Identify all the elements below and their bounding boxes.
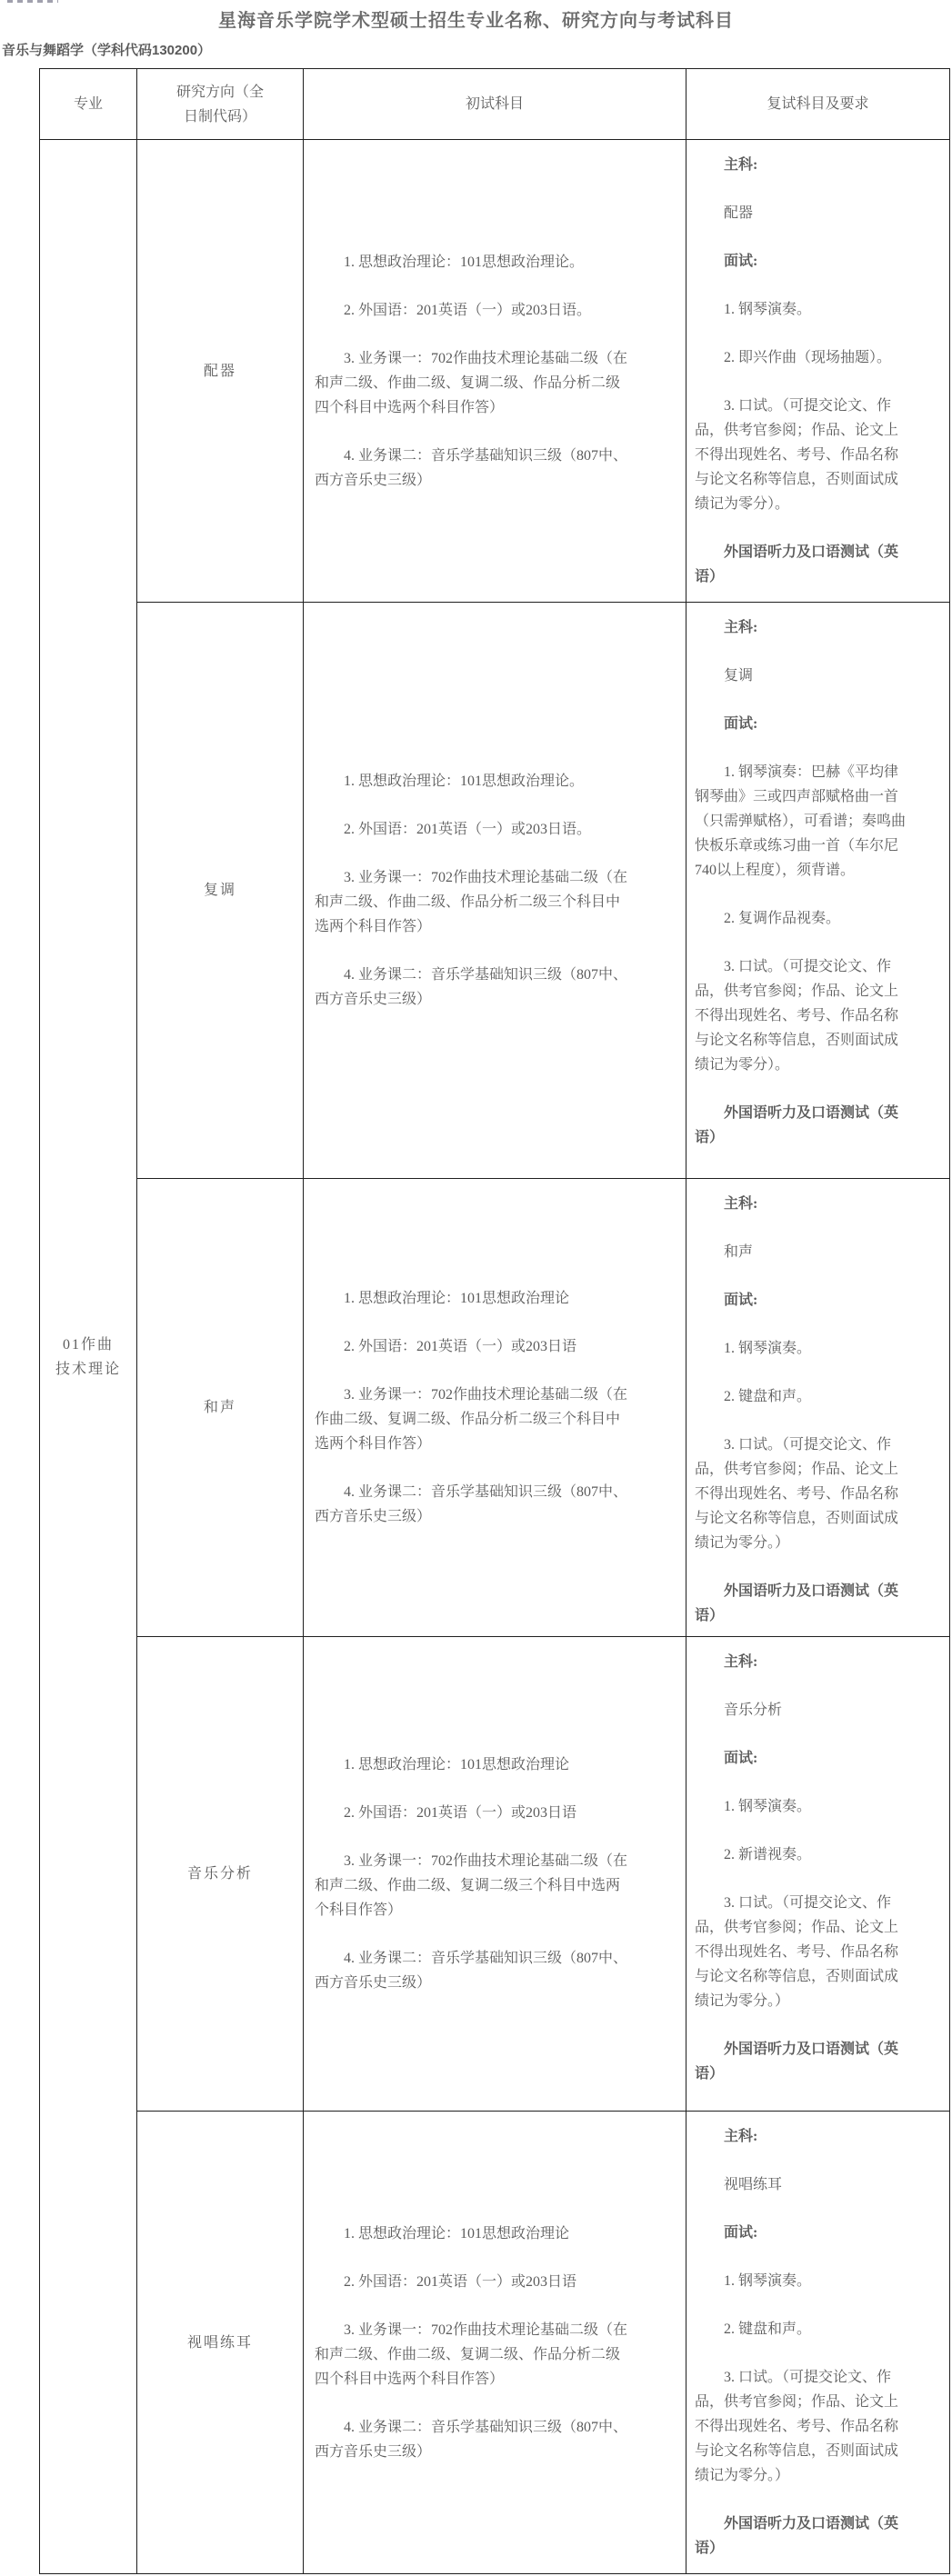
header-initial-subjects: 初试科目 <box>304 69 686 140</box>
initial-item: 3. 业务课一：702作曲技术理论基础二级（在和声二级、作曲二级、作品分析二级三… <box>315 865 634 939</box>
initial-item: 4. 业务课二：音乐学基础知识三级（807中、西方音乐史三级） <box>315 1480 634 1529</box>
retest-item: 外国语听力及口语测试（英语） <box>695 2511 909 2561</box>
retest-item: 复调 <box>695 664 909 688</box>
retest-item: 主科: <box>695 1192 909 1216</box>
retest-item: 2. 新谱视奏。 <box>695 1842 909 1867</box>
direction-cell: 配器 <box>137 140 304 603</box>
table-row: 和声 1. 思想政治理论：101思想政治理论 2. 外国语：201英语（一）或2… <box>40 1179 950 1637</box>
table-row: 视唱练耳 1. 思想政治理论：101思想政治理论 2. 外国语：201英语（一）… <box>40 2112 950 2574</box>
initial-subjects-cell: 1. 思想政治理论：101思想政治理论。 2. 外国语：201英语（一）或203… <box>304 140 686 603</box>
initial-subjects-cell: 1. 思想政治理论：101思想政治理论 2. 外国语：201英语（一）或203日… <box>304 1637 686 2112</box>
retest-item: 视唱练耳 <box>695 2172 909 2197</box>
retest-cell: 主科: 配器 面试: 1. 钢琴演奏。 2. 即兴作曲（现场抽题）。 3. 口试… <box>686 140 950 603</box>
initial-item: 4. 业务课二：音乐学基础知识三级（807中、西方音乐史三级） <box>315 444 634 493</box>
initial-subjects-cell: 1. 思想政治理论：101思想政治理论 2. 外国语：201英语（一）或203日… <box>304 2112 686 2574</box>
retest-item: 外国语听力及口语测试（英语） <box>695 1101 909 1150</box>
page-title: 星海音乐学院学术型硕士招生专业名称、研究方向与考试科目 <box>0 5 952 32</box>
initial-item: 1. 思想政治理论：101思想政治理论 <box>315 2222 634 2246</box>
initial-item: 2. 外国语：201英语（一）或203日语。 <box>315 817 634 842</box>
direction-cell: 视唱练耳 <box>137 2112 304 2574</box>
major-cell: 01作曲 技术理论 <box>40 140 137 2574</box>
retest-item: 音乐分析 <box>695 1698 909 1722</box>
retest-item: 面试: <box>695 249 909 274</box>
initial-subjects-cell: 1. 思想政治理论：101思想政治理论 2. 外国语：201英语（一）或203日… <box>304 1179 686 1637</box>
retest-cell: 主科: 音乐分析 面试: 1. 钢琴演奏。 2. 新谱视奏。 3. 口试。（可提… <box>686 1637 950 2112</box>
retest-cell: 主科: 和声 面试: 1. 钢琴演奏。 2. 键盘和声。 3. 口试。（可提交论… <box>686 1179 950 1637</box>
header-major: 专业 <box>40 69 137 140</box>
table-row: 复调 1. 思想政治理论：101思想政治理论。 2. 外国语：201英语（一）或… <box>40 603 950 1179</box>
retest-item: 1. 钢琴演奏。 <box>695 1336 909 1361</box>
retest-item: 面试: <box>695 1746 909 1771</box>
retest-item: 1. 钢琴演奏。 <box>695 1794 909 1819</box>
initial-item: 4. 业务课二：音乐学基础知识三级（807中、西方音乐史三级） <box>315 963 634 1012</box>
retest-item: 3. 口试。（可提交论文、作品，供考官参阅；作品、论文上不得出现姓名、考号、作品… <box>695 1891 909 2013</box>
retest-item: 3. 口试。（可提交论文、作品，供考官参阅；作品、论文上不得出现姓名、考号、作品… <box>695 2365 909 2488</box>
admissions-table: 专业 研究方向（全 日制代码） 初试科目 复试科目及要求 01作曲 技术理论 配… <box>39 68 950 2574</box>
retest-item: 主科: <box>695 2124 909 2149</box>
initial-item: 2. 外国语：201英语（一）或203日语。 <box>315 298 634 323</box>
initial-item: 4. 业务课二：音乐学基础知识三级（807中、西方音乐史三级） <box>315 1946 634 1995</box>
initial-item: 1. 思想政治理论：101思想政治理论。 <box>315 769 634 794</box>
retest-cell: 主科: 复调 面试: 1. 钢琴演奏：巴赫《平均律钢琴曲》三或四声部赋格曲一首（… <box>686 603 950 1179</box>
header-retest-subjects: 复试科目及要求 <box>686 69 950 140</box>
direction-cell: 和声 <box>137 1179 304 1637</box>
retest-item: 2. 键盘和声。 <box>695 2317 909 2341</box>
retest-item: 主科: <box>695 1650 909 1674</box>
retest-item: 2. 键盘和声。 <box>695 1384 909 1409</box>
retest-item: 2. 即兴作曲（现场抽题）。 <box>695 345 909 370</box>
retest-item: 3. 口试。（可提交论文、作品，供考官参阅；作品、论文上不得出现姓名、考号、作品… <box>695 954 909 1077</box>
retest-item: 1. 钢琴演奏。 <box>695 2269 909 2293</box>
retest-item: 和声 <box>695 1240 909 1264</box>
retest-item: 配器 <box>695 201 909 225</box>
retest-item: 面试: <box>695 1288 909 1313</box>
retest-item: 1. 钢琴演奏。 <box>695 297 909 322</box>
initial-item: 1. 思想政治理论：101思想政治理论。 <box>315 250 634 275</box>
retest-item: 外国语听力及口语测试（英语） <box>695 2037 909 2086</box>
retest-item: 外国语听力及口语测试（英语） <box>695 540 909 589</box>
retest-item: 3. 口试。（可提交论文、作品，供考官参阅；作品、论文上不得出现姓名、考号、作品… <box>695 394 909 516</box>
initial-item: 1. 思想政治理论：101思想政治理论 <box>315 1752 634 1777</box>
direction-cell: 复调 <box>137 603 304 1179</box>
retest-item: 主科: <box>695 615 909 640</box>
initial-item: 2. 外国语：201英语（一）或203日语 <box>315 1801 634 1825</box>
retest-item: 1. 钢琴演奏：巴赫《平均律钢琴曲》三或四声部赋格曲一首（只需弹赋格），可看谱；… <box>695 760 909 883</box>
initial-item: 1. 思想政治理论：101思想政治理论 <box>315 1286 634 1311</box>
initial-item: 3. 业务课一：702作曲技术理论基础二级（在和声二级、作曲二级、复调二级、作品… <box>315 2318 634 2391</box>
initial-item: 2. 外国语：201英语（一）或203日语 <box>315 1334 634 1359</box>
direction-cell: 音乐分析 <box>137 1637 304 2112</box>
retest-item: 3. 口试。（可提交论文、作品，供考官参阅；作品、论文上不得出现姓名、考号、作品… <box>695 1433 909 1555</box>
initial-item: 2. 外国语：201英语（一）或203日语 <box>315 2270 634 2294</box>
header-direction: 研究方向（全 日制代码） <box>137 69 304 140</box>
table-header-row: 专业 研究方向（全 日制代码） 初试科目 复试科目及要求 <box>40 69 950 140</box>
table-row: 01作曲 技术理论 配器 1. 思想政治理论：101思想政治理论。 2. 外国语… <box>40 140 950 603</box>
retest-cell: 主科: 视唱练耳 面试: 1. 钢琴演奏。 2. 键盘和声。 3. 口试。（可提… <box>686 2112 950 2574</box>
initial-item: 3. 业务课一：702作曲技术理论基础二级（在和声二级、作曲二级、复调二级、作品… <box>315 346 634 420</box>
initial-item: 4. 业务课二：音乐学基础知识三级（807中、西方音乐史三级） <box>315 2415 634 2464</box>
retest-item: 主科: <box>695 153 909 177</box>
initial-item: 3. 业务课一：702作曲技术理论基础二级（在和声二级、作曲二级、复调二级三个科… <box>315 1849 634 1922</box>
retest-item: 外国语听力及口语测试（英语） <box>695 1579 909 1628</box>
retest-item: 面试: <box>695 712 909 736</box>
initial-item: 3. 业务课一：702作曲技术理论基础二级（在作曲二级、复调二级、作品分析二级三… <box>315 1383 634 1456</box>
clipped-text-fragment <box>7 0 58 3</box>
retest-item: 2. 复调作品视奏。 <box>695 906 909 931</box>
table-row: 音乐分析 1. 思想政治理论：101思想政治理论 2. 外国语：201英语（一）… <box>40 1637 950 2112</box>
retest-item: 面试: <box>695 2221 909 2245</box>
discipline-subtitle: 音乐与舞蹈学（学科代码130200） <box>2 40 952 59</box>
initial-subjects-cell: 1. 思想政治理论：101思想政治理论。 2. 外国语：201英语（一）或203… <box>304 603 686 1179</box>
